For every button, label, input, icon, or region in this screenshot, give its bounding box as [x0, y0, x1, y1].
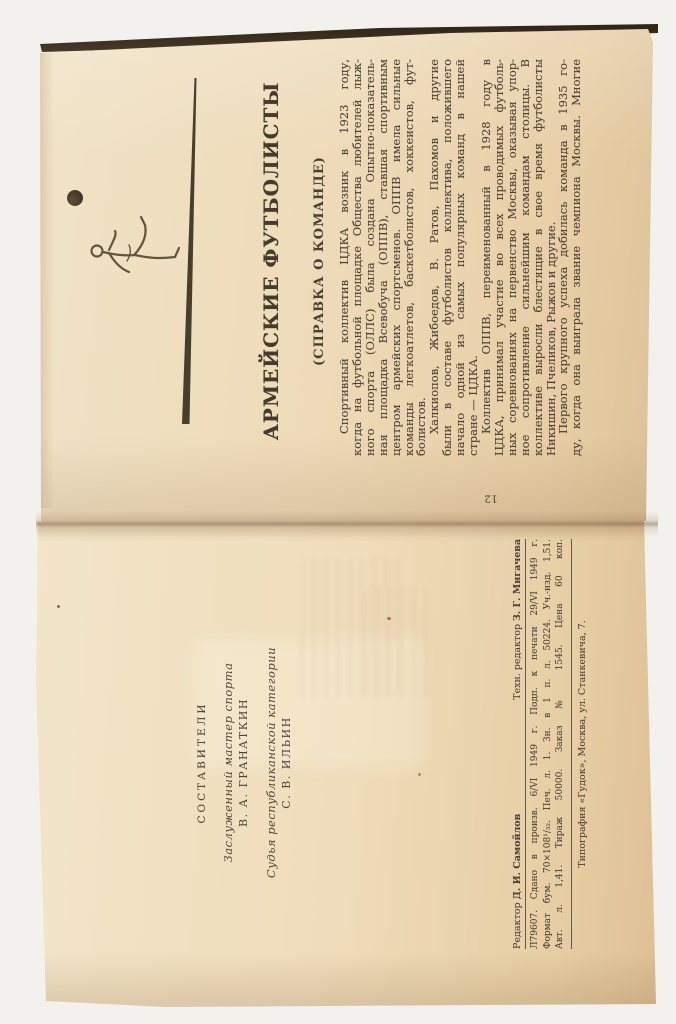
text-line: ду, когда она выиграла звание чемпиона М… [570, 59, 583, 456]
colophon-line: Авт. л. 1,41. Тираж 50000. Заказ № 1545.… [554, 539, 567, 949]
editor-name: Д. И. Самойлов [512, 814, 523, 900]
article-body: Спортивный коллектив ЦДКА возник в 1923 … [338, 59, 583, 456]
colophon-line: Формат бум. 70×108¹/₃₂. Печ. л. 1. Зн. в… [542, 539, 555, 949]
text-line: ЦДКА, принимал участие во всех проводимы… [493, 59, 506, 456]
colophon-line: Л79607. Сдано в произв. 6/VI 1949 г. Под… [529, 539, 542, 949]
colophon-lines: Л79607. Сдано в произв. 6/VI 1949 г. Под… [529, 539, 567, 949]
page-fore-edge [38, 48, 54, 508]
text-line: ного спорта (ОЛЛС) была создана Опытно-п… [364, 59, 377, 456]
article-title: АРМЕЙСКИЕ ФУТБОЛИСТЫ [259, 59, 283, 463]
tech-editor-name: З. Г. Мигачева [512, 539, 523, 621]
football-ball-icon [67, 190, 83, 206]
tapered-rule-icon [179, 78, 201, 424]
text-line: Коллектив ОППВ, переименованный в 1928 г… [480, 59, 493, 456]
credit-name: С. В. ИЛЬИН [280, 527, 293, 998]
text-line: центром армейских спортсменов. ОППВ имел… [390, 59, 403, 456]
article-page-content: АРМЕЙСКИЕ ФУТБОЛИСТЫ (СПРАВКА О КОМАНДЕ)… [67, 57, 633, 519]
editor-label: Редактор [512, 902, 523, 949]
text-line: ное сопротивление сильнейшим командам ст… [519, 59, 532, 456]
text-line: ных соревнованиях на первенство Москвы, … [506, 59, 519, 456]
credit-name: В. А. ГРАНАТКИН [237, 527, 250, 998]
book-photo: АРМЕЙСКИЕ ФУТБОЛИСТЫ (СПРАВКА О КОМАНДЕ)… [0, 0, 676, 1024]
tech-editor-label: Техн. редактор [512, 624, 523, 700]
colophon-page-content: СОСТАВИТЕЛИ Заслуженный мастер спортаВ. … [42, 527, 654, 998]
article-subtitle: (СПРАВКА О КОМАНДЕ) [312, 59, 327, 463]
credits-block: СОСТАВИТЕЛИ Заслуженный мастер спортаВ. … [196, 527, 307, 998]
colophon-block: Редактор Д. И. Самойлов Техн. редактор З… [512, 539, 588, 949]
printer-line: Типография «Гудок», Москва, ул. Станкеви… [577, 539, 588, 949]
tech-editor-credit: Техн. редактор З. Г. Мигачева [512, 539, 523, 700]
football-player-icon [87, 211, 187, 285]
colophon-rule [571, 539, 572, 949]
credits-heading: СОСТАВИТЕЛИ [196, 527, 208, 998]
colophon-rule [525, 539, 526, 949]
text-line: ная площадка Всевобуча (ОППВ), ставшая с… [377, 59, 390, 456]
text-line: коллективе выросли блестящие в свое врем… [532, 59, 545, 456]
credit-role: Судья республиканской категории [264, 527, 278, 998]
text-line: Спортивный коллектив ЦДКА возник в 1923 … [338, 59, 351, 456]
text-line: когда на футбольной площадке Общества лю… [351, 59, 364, 456]
editor-credit: Редактор Д. И. Самойлов [512, 814, 523, 949]
colophon-editors-row: Редактор Д. И. Самойлов Техн. редактор З… [512, 539, 523, 949]
credits-entries: Заслуженный мастер спортаВ. А. ГРАНАТКИН… [221, 527, 293, 998]
credit-role: Заслуженный мастер спорта [221, 527, 235, 998]
page-number: 12 [484, 492, 497, 504]
